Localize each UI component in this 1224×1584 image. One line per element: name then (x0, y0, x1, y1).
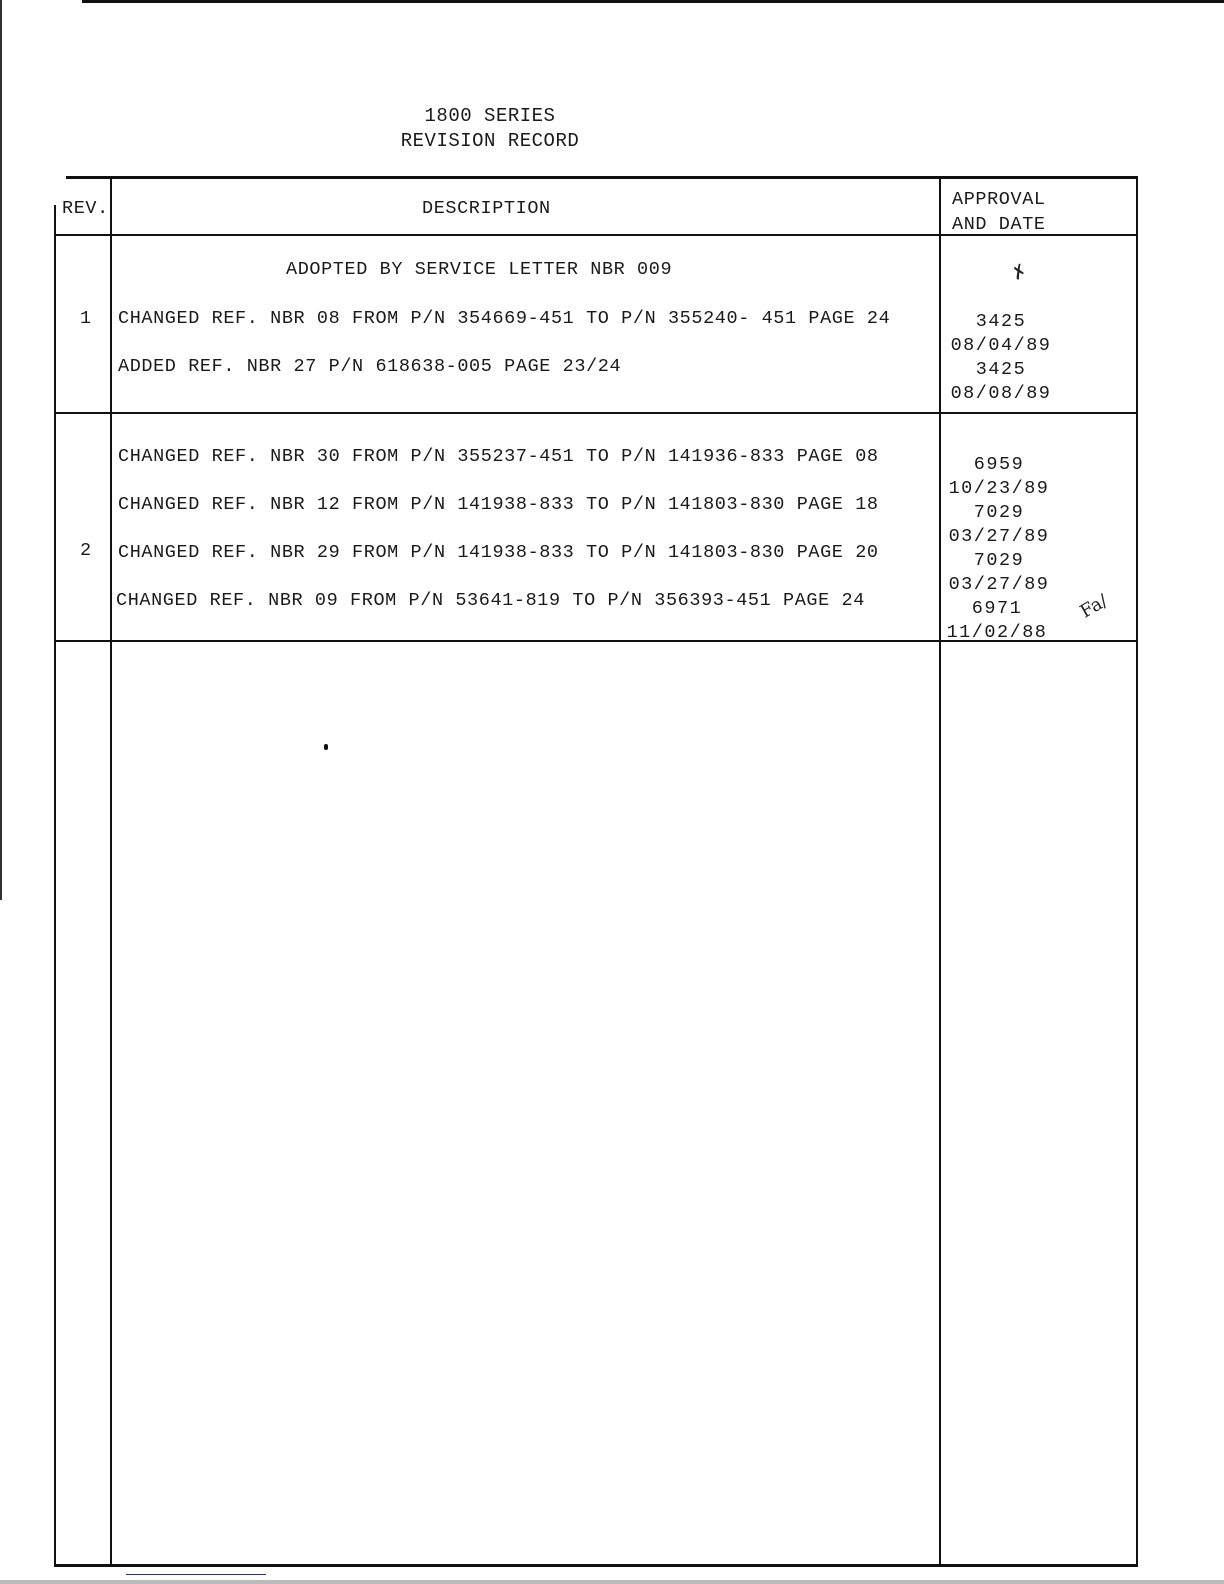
header-description: DESCRIPTION (422, 198, 551, 219)
scan-artifact-line (126, 1574, 266, 1575)
table-right-border (1136, 176, 1138, 1567)
approval-code: 6959 (944, 453, 1054, 477)
table-bottom-border (54, 1564, 1138, 1567)
header-approval: APPROVAL (952, 189, 1046, 210)
signature-initials: ✗ (1008, 260, 1032, 286)
approval-code: 6971 (942, 597, 1052, 621)
row1-bottom-border (56, 412, 1138, 414)
approval-code: 7029 (944, 501, 1054, 525)
description-line: CHANGED REF. NBR 08 FROM P/N 354669-451 … (118, 308, 890, 329)
approval-date: 10/23/89 (944, 477, 1054, 501)
table-top-border (66, 176, 1138, 179)
description-line: CHANGED REF. NBR 09 FROM P/N 53641-819 T… (116, 590, 865, 611)
document-title: 1800 SERIES (0, 105, 980, 127)
approval-col-divider (939, 176, 941, 1566)
approval-date: 03/27/89 (944, 573, 1054, 597)
description-line: CHANGED REF. NBR 12 FROM P/N 141938-833 … (118, 494, 879, 515)
description-line: ADDED REF. NBR 27 P/N 618638-005 PAGE 23… (118, 356, 621, 377)
approval-date: 08/08/89 (946, 382, 1056, 406)
top-rule (82, 0, 1224, 3)
page-bottom-edge (0, 1580, 1224, 1584)
description-line: CHANGED REF. NBR 29 FROM P/N 141938-833 … (118, 542, 879, 563)
document-subtitle: REVISION RECORD (0, 130, 980, 152)
approval-date: 08/04/89 (946, 334, 1056, 358)
table-left-border (54, 205, 56, 1567)
approval-date: 11/02/88 (942, 621, 1052, 645)
rev-number: 2 (80, 540, 92, 561)
approval-code: 3425 (946, 358, 1056, 382)
header-rev: REV. (62, 198, 109, 219)
approval-code: 3425 (946, 310, 1056, 334)
rev-number: 1 (80, 308, 92, 329)
stray-mark (324, 744, 328, 750)
description-line: CHANGED REF. NBR 30 FROM P/N 355237-451 … (118, 446, 879, 467)
header-approval-date: AND DATE (952, 214, 1046, 235)
approval-date: 03/27/89 (944, 525, 1054, 549)
description-line: ADOPTED BY SERVICE LETTER NBR 009 (286, 259, 672, 280)
rev-col-divider (110, 176, 112, 1566)
approval-code: 7029 (944, 549, 1054, 573)
signature-initials: Fa/ (1077, 590, 1112, 622)
